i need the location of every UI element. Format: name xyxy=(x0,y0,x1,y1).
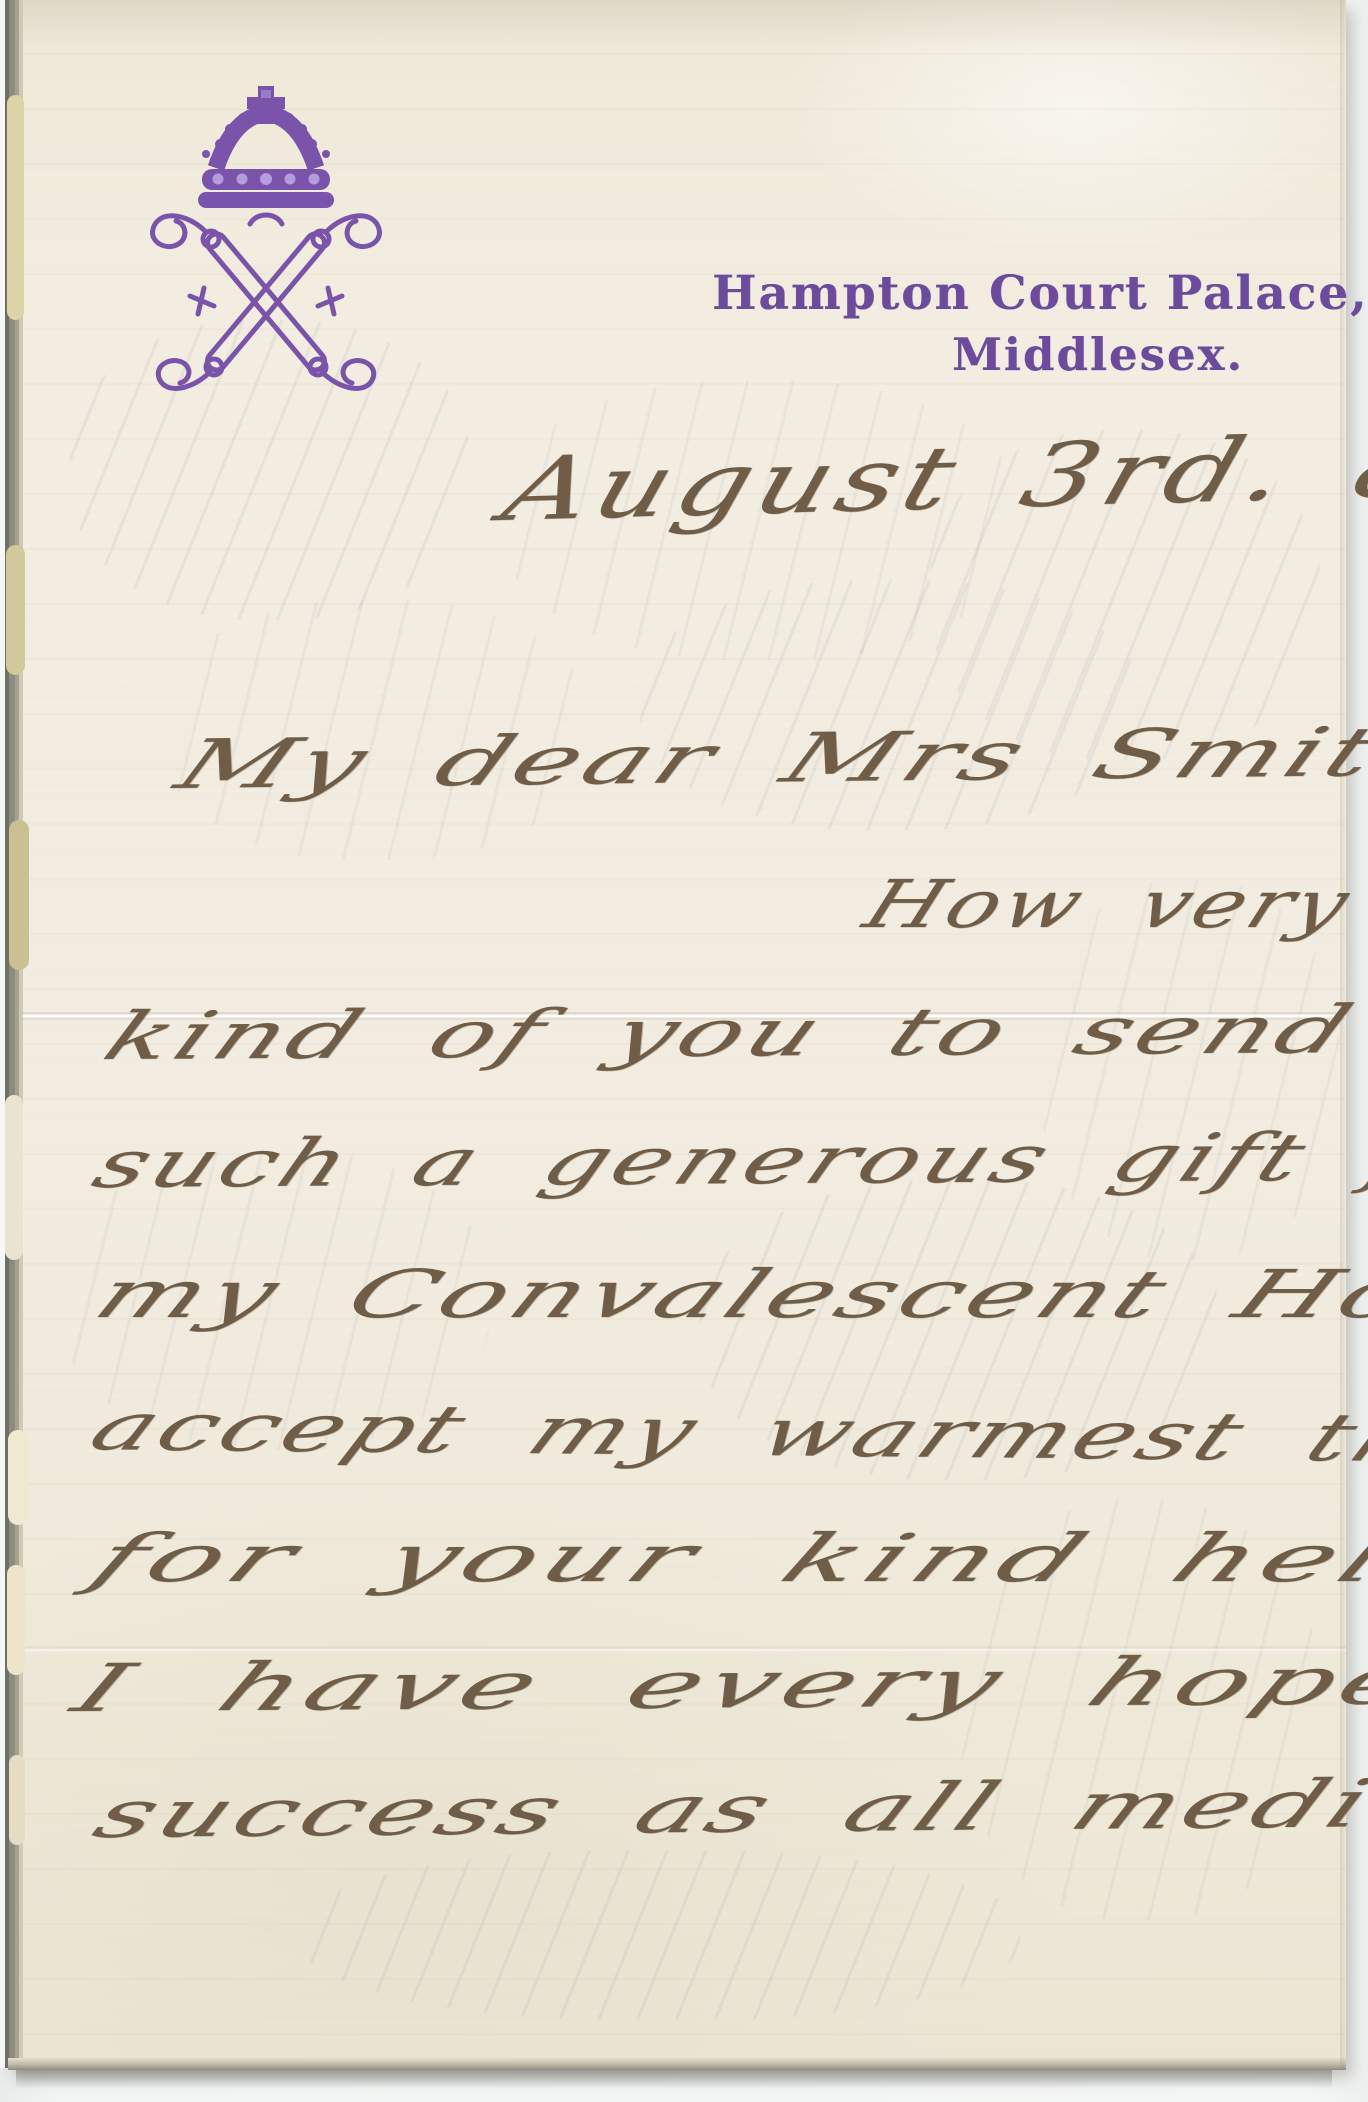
tape-remnant xyxy=(7,95,24,320)
torn-paper-remnant xyxy=(9,1755,25,1845)
page-bottom-edge xyxy=(8,2058,1346,2070)
letterhead-address-line2: Middlesex. xyxy=(952,328,1244,381)
paper-top-shading xyxy=(8,0,1346,60)
royal-monogram xyxy=(138,84,394,394)
letterhead-address-line1: Hampton Court Palace, xyxy=(712,266,1368,321)
torn-paper-remnant xyxy=(5,1095,23,1260)
page-bottom-shadow xyxy=(16,2070,1332,2092)
body-line: success as all medical xyxy=(82,1764,1368,1853)
torn-paper-remnant xyxy=(7,1565,25,1675)
tape-remnant xyxy=(6,545,25,675)
body-line: kind of you to send me xyxy=(92,990,1368,1075)
body-line: accept my warmest thanks xyxy=(78,1388,1368,1479)
body-line: my Convalescent Home, xyxy=(82,1256,1368,1333)
body-line: I have every hope of xyxy=(60,1641,1368,1727)
body-line: How very xyxy=(854,866,1364,943)
tape-remnant xyxy=(9,820,29,970)
cypher-icon xyxy=(153,215,380,388)
salutation-line: My dear Mrs Smith xyxy=(164,712,1368,805)
crown-icon xyxy=(198,86,334,208)
scanned-letter: { "colors": { "paper": "#f1ecdf", "scan_… xyxy=(0,0,1368,2102)
body-line: such a generous gift for xyxy=(82,1118,1368,1203)
ink-bleed-through xyxy=(300,1850,1020,2020)
torn-paper-remnant xyxy=(8,1430,28,1525)
body-line: for your kind help. xyxy=(78,1520,1368,1597)
